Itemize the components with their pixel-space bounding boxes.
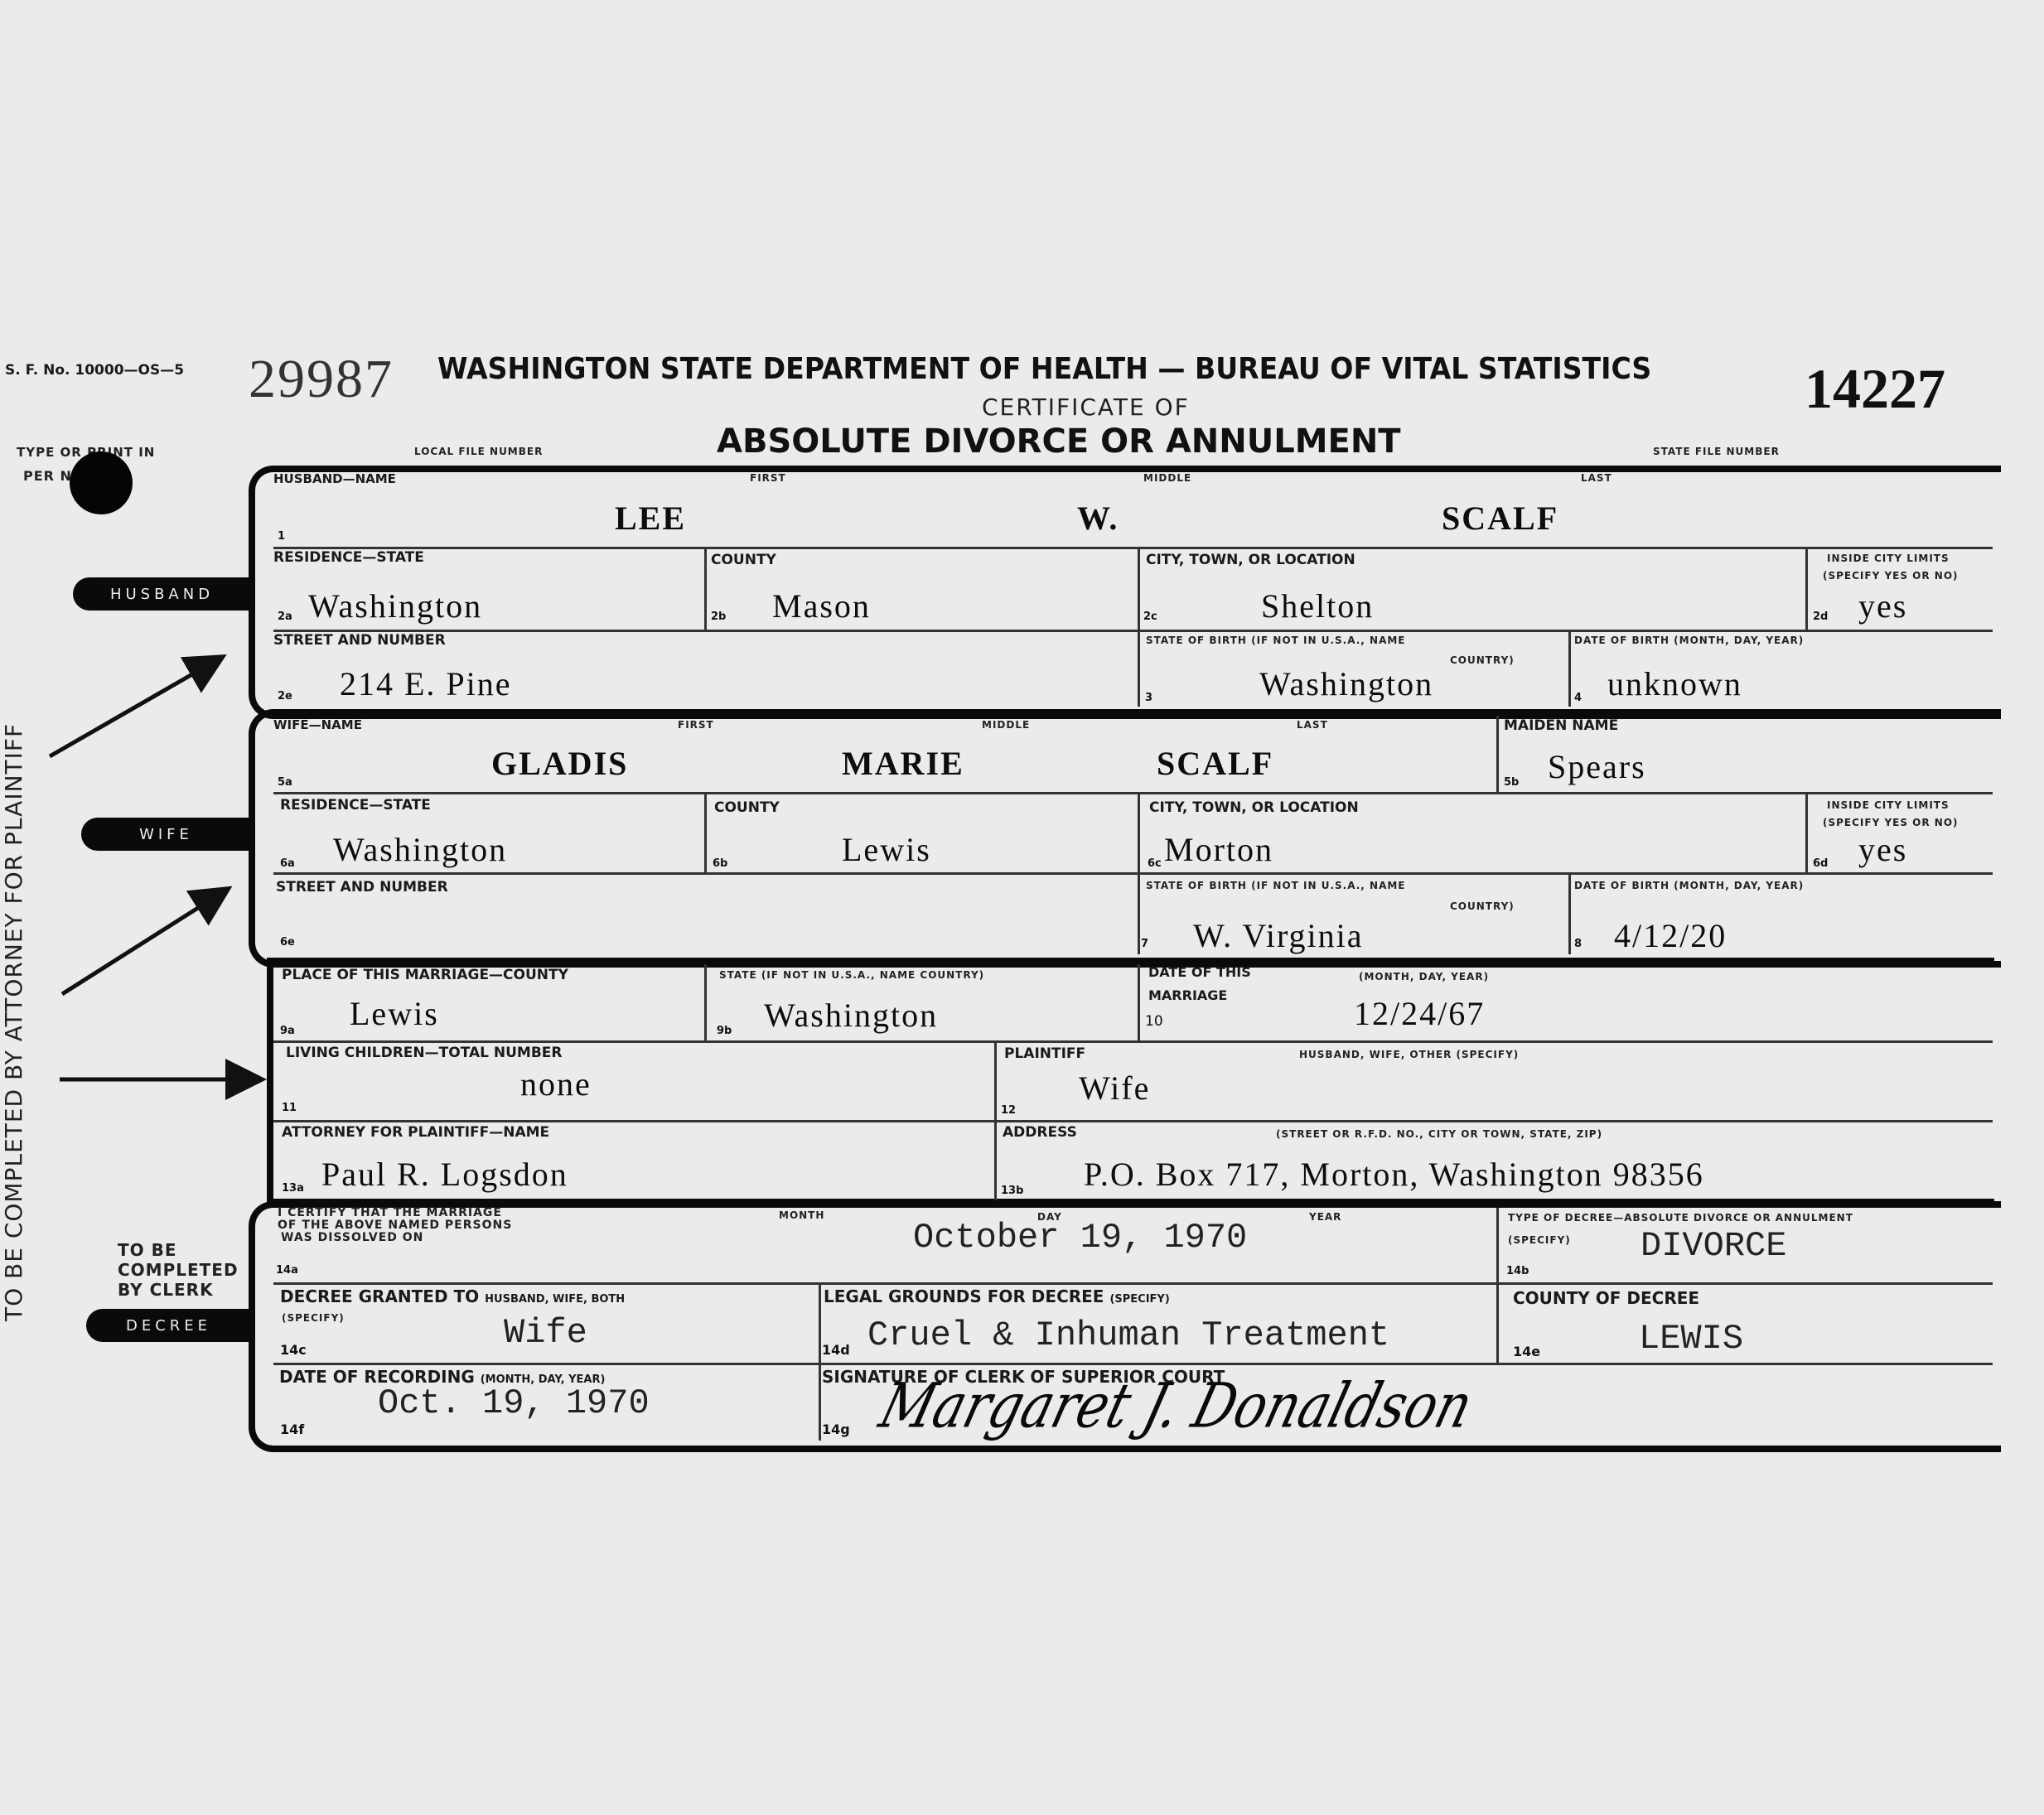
clerk-note-line1: TO BE [118,1240,239,1260]
decree-type-specify: (SPECIFY) [1508,1234,1571,1246]
husband-first-name: LEE [615,499,686,538]
children-label: LIVING CHILDREN—TOTAL NUMBER [286,1045,562,1061]
granted-label-text: DECREE GRANTED TO [280,1286,479,1306]
granted-specify: (SPECIFY) [282,1312,345,1324]
husband-county-label: COUNTY [711,552,776,568]
husband-street: 214 E. Pine [340,664,512,703]
grounds-specify: (SPECIFY) [1109,1293,1169,1306]
attorney-label: ATTORNEY FOR PLAINTIFF—NAME [282,1124,549,1141]
tab-decree-label: DECREE [86,1317,251,1335]
field-number: 6b [713,857,727,870]
field-number: 6c [1148,857,1162,870]
field-number: 11 [282,1102,297,1114]
wife-dob-label: DATE OF BIRTH (MONTH, DAY, YEAR) [1574,880,1804,891]
field-number: 14f [280,1422,304,1437]
tab-decree: DECREE [86,1309,251,1342]
wife-name-label: WIFE—NAME [273,717,362,732]
wife-maiden-label: MAIDEN NAME [1504,717,1618,734]
marriage-date-hint: (MONTH, DAY, YEAR) [1359,971,1489,982]
granted-label: DECREE GRANTED TO HUSBAND, WIFE, BOTH [280,1286,625,1306]
husband-state-of-birth-label: STATE OF BIRTH (IF NOT IN U.S.A., NAME [1146,635,1406,646]
attorney-address: P.O. Box 717, Morton, Washington 98356 [1084,1155,1704,1194]
husband-county: Mason [772,586,871,625]
agency-heading: WASHINGTON STATE DEPARTMENT OF HEALTH — … [437,352,1651,386]
legal-grounds: Cruel & Inhuman Treatment [867,1315,1389,1355]
plaintiff-hint: HUSBAND, WIFE, OTHER (SPECIFY) [1299,1049,1519,1060]
field-number: 2b [711,611,726,623]
wife-city-label: CITY, TOWN, OR LOCATION [1149,799,1359,816]
wife-first-label: FIRST [678,719,714,731]
wife-state-of-birth-hint: COUNTRY) [1450,900,1515,912]
husband-middle-name: W. [1077,499,1119,538]
clerk-signature: Margaret J. Donaldson [872,1369,1480,1442]
field-number: 9a [280,1025,295,1037]
wife-inside-city-label: INSIDE CITY LIMITS [1827,799,1950,811]
husband-residence-state-label: RESIDENCE—STATE [273,549,424,566]
husband-street-label: STREET AND NUMBER [273,632,446,649]
marriage-county: Lewis [350,994,439,1033]
husband-state-of-birth: Washington [1259,664,1433,703]
field-number: 2a [278,611,292,623]
decree-county: LEWIS [1639,1319,1743,1359]
arrow-to-husband-street-icon [50,659,220,756]
plaintiff-value: Wife [1079,1069,1150,1108]
wife-residence-state: Washington [333,830,507,869]
field-number: 14c [280,1342,307,1358]
field-number: 2d [1813,611,1828,623]
granted-hint: HUSBAND, WIFE, BOTH [485,1293,625,1306]
wife-first-name: GLADIS [491,744,628,783]
decree-type: DIVORCE [1641,1226,1786,1266]
field-number: 1 [278,530,285,543]
arrow-to-wife-street-icon [62,891,225,994]
address-label: ADDRESS [1003,1124,1077,1141]
marriage-section-border [267,958,273,1201]
address-hint: (STREET OR R.F.D. NO., CITY OR TOWN, STA… [1276,1128,1602,1140]
field-number: 5a [278,776,292,789]
field-number: 9b [717,1025,732,1037]
field-number: 6d [1813,857,1828,870]
husband-dob: unknown [1607,664,1742,703]
husband-inside-city-label: INSIDE CITY LIMITS [1827,553,1950,564]
field-number: 13a [282,1182,304,1195]
wife-last-name: SCALF [1157,744,1273,783]
state-file-number-label: STATE FILE NUMBER [1653,446,1780,457]
plaintiff-label: PLAINTIFF [1004,1045,1085,1062]
recording-date: Oct. 19, 1970 [378,1383,650,1423]
decree-county-label: COUNTY OF DECREE [1513,1288,1699,1308]
husband-last-name: SCALF [1442,499,1558,538]
husband-state-of-birth-hint: COUNTRY) [1450,654,1515,666]
attorney-name: Paul R. Logsdon [321,1155,568,1194]
husband-inside-city-hint: (SPECIFY YES OR NO) [1823,570,1959,582]
wife-city: Morton [1164,830,1273,869]
marriage-date-label-2: MARRIAGE [1148,987,1227,1003]
local-file-number-label: LOCAL FILE NUMBER [414,446,543,457]
wife-inside-city-hint: (SPECIFY YES OR NO) [1823,817,1959,828]
field-number: 13b [1001,1185,1023,1197]
wife-inside-city: yes [1858,830,1907,869]
field-number: 14b [1506,1265,1529,1277]
field-number: 14a [276,1264,298,1277]
husband-dob-label: DATE OF BIRTH (MONTH, DAY, YEAR) [1574,635,1804,646]
grounds-label-text: LEGAL GROUNDS FOR DECREE [824,1286,1104,1306]
field-number: 14d [822,1342,850,1358]
marriage-place-label: PLACE OF THIS MARRIAGE—COUNTY [282,967,568,983]
dissolved-date: October 19, 1970 [913,1218,1247,1257]
month-label: MONTH [779,1209,824,1221]
husband-residence-state: Washington [308,586,482,625]
field-number: 3 [1145,692,1152,704]
wife-street-label: STREET AND NUMBER [276,879,448,895]
dissolved-label-line1: I CERTIFY THAT THE MARRIAGE [269,1207,512,1219]
field-number: 12 [1001,1104,1016,1117]
wife-county-label: COUNTY [714,799,780,816]
field-number: 2c [1143,611,1157,623]
field-number: 7 [1141,938,1148,950]
husband-city: Shelton [1261,586,1374,625]
clerk-note-line3: BY CLERK [118,1280,239,1300]
field-number: 8 [1574,938,1582,950]
dissolved-label-line2: OF THE ABOVE NAMED PERSONS [269,1219,512,1232]
field-number: 6e [280,936,295,949]
grounds-label: LEGAL GROUNDS FOR DECREE (SPECIFY) [824,1286,1170,1306]
wife-dob: 4/12/20 [1614,916,1727,955]
dissolved-label: I CERTIFY THAT THE MARRIAGE OF THE ABOVE… [269,1207,512,1244]
husband-name-label: HUSBAND—NAME [273,471,396,486]
field-number: 4 [1574,692,1582,704]
wife-residence-state-label: RESIDENCE—STATE [280,797,431,813]
wife-county: Lewis [842,830,931,869]
field-number: 6a [280,857,295,870]
wife-last-label: LAST [1297,719,1328,731]
granted-to: Wife [504,1313,587,1353]
husband-inside-city: yes [1858,586,1907,625]
field-number: 14g [822,1422,850,1437]
field-number: 10 [1145,1013,1163,1030]
husband-first-label: FIRST [750,472,786,484]
decree-type-label: TYPE OF DECREE—ABSOLUTE DIVORCE OR ANNUL… [1508,1212,1853,1224]
wife-state-of-birth-label: STATE OF BIRTH (IF NOT IN U.S.A., NAME [1146,880,1406,891]
wife-middle-label: MIDDLE [982,719,1030,731]
husband-city-label: CITY, TOWN, OR LOCATION [1146,552,1355,568]
clerk-note-line2: COMPLETED [118,1260,239,1280]
certificate-title: ABSOLUTE DIVORCE OR ANNULMENT [717,422,1401,461]
marriage-state: Washington [764,996,938,1035]
husband-middle-label: MIDDLE [1143,472,1191,484]
husband-last-label: LAST [1581,472,1612,484]
state-file-number-value: 14227 [1805,356,1945,422]
year-label: YEAR [1309,1211,1341,1223]
certificate-subtitle: CERTIFICATE OF [982,393,1190,421]
marriage-date-label: DATE OF THIS [1148,964,1251,980]
field-number: 5b [1504,776,1519,789]
marriage-date: 12/24/67 [1354,994,1485,1033]
arrow-icons [0,0,273,1160]
field-number: 2e [278,690,292,702]
wife-middle-name: MARIE [842,744,964,783]
dissolved-label-line3: WAS DISSOLVED ON [269,1232,512,1244]
marriage-state-label: STATE (IF NOT IN U.S.A., NAME COUNTRY) [719,969,984,981]
wife-maiden-name: Spears [1548,747,1646,786]
children-count: none [520,1064,592,1103]
field-number: 14e [1513,1344,1540,1359]
clerk-note: TO BE COMPLETED BY CLERK [118,1240,239,1300]
wife-state-of-birth: W. Virginia [1193,916,1364,955]
